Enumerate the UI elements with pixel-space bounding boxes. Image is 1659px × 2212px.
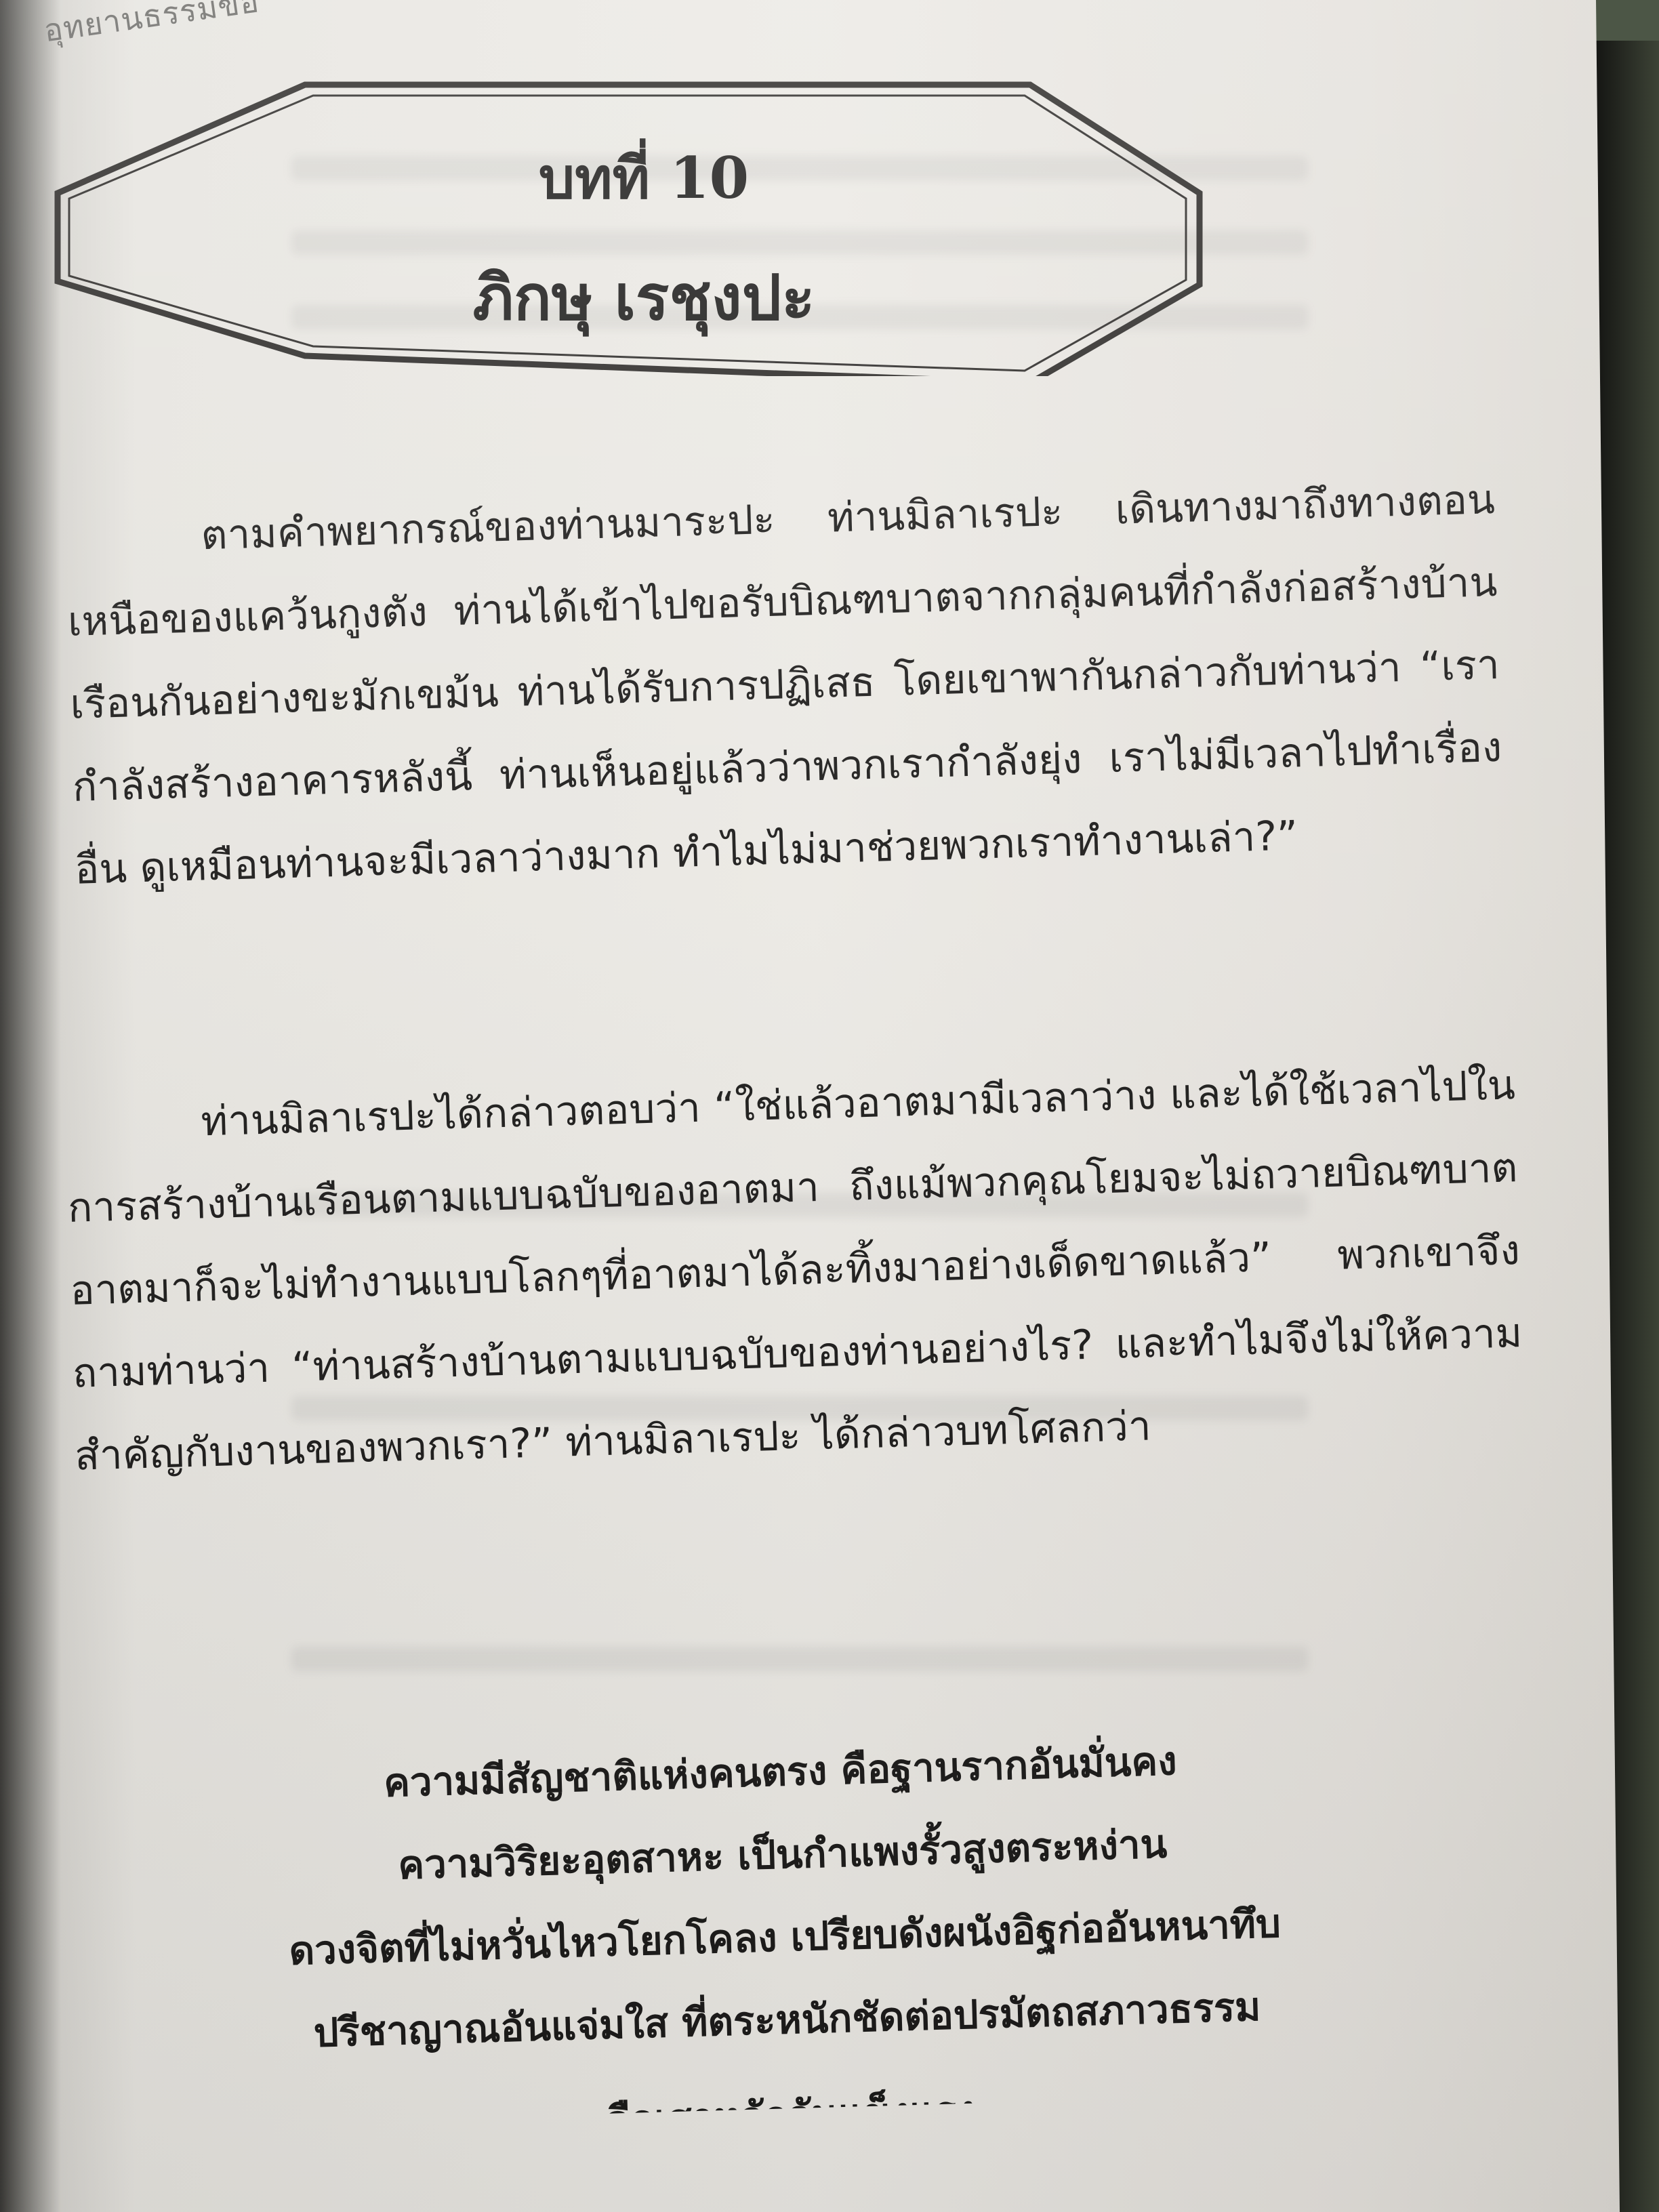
chapter-banner: บทที่ 10 ภิกษุ เรชุงปะ (47, 64, 1240, 376)
verse-block: ความมีสัญชาติแห่งคนตรง คือฐานรากอันมั่นค… (136, 1713, 1433, 2127)
chapter-title: ภิกษุ เรชุงปะ (47, 247, 1240, 347)
running-head: อุทยานธรรมขอ (41, 0, 262, 56)
chapter-number: บทที่ 10 (47, 132, 1240, 223)
book-page: อุทยานธรรมขอ บทที่ 10 ภิกษุ เรชุงปะ ตามค… (0, 0, 1620, 2212)
paragraph: ตามคำพยากรณ์ของท่านมาระปะ ท่านมิลาเรปะ เ… (64, 458, 1505, 912)
paragraph: ท่านมิลาเรปะได้กล่าวตอบว่า “ใช่แล้วอาตมา… (64, 1044, 1525, 1498)
show-through-ghost (291, 1647, 1308, 1671)
paragraph-text: ท่านมิลาเรปะได้กล่าวตอบว่า “ใช่แล้วอาตมา… (64, 1044, 1525, 1498)
paragraph-text: ตามคำพยากรณ์ของท่านมาระปะ ท่านมิลาเรปะ เ… (64, 458, 1505, 912)
